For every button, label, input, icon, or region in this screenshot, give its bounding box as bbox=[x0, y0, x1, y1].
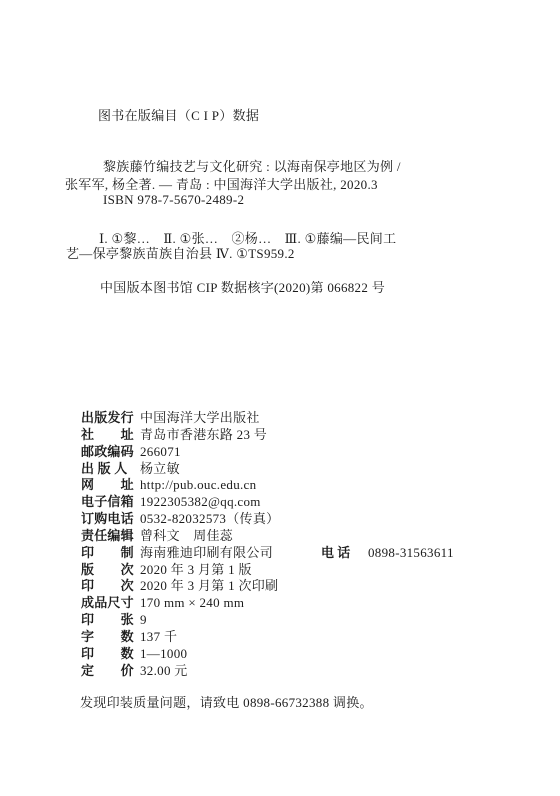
row-label: 邮政编码 bbox=[81, 444, 133, 461]
row-value: http://pub.ouc.edu.cn bbox=[140, 477, 256, 492]
row-label: 印 张 bbox=[81, 612, 133, 629]
copyright-page: 图书在版编目（C I P）数据 黎族藤竹编技艺与文化研究 : 以海南保亭地区为例… bbox=[0, 0, 560, 796]
row-label: 成品尺寸 bbox=[81, 595, 133, 612]
cip-title-line2: 张军军, 杨全著. — 青岛 : 中国海洋大学出版社, 2020.3 bbox=[65, 174, 378, 193]
colophon-row-printer: 印 制海南雅迪印刷有限公司 bbox=[81, 545, 279, 562]
colophon-row-editors: 责任编辑曾科文 周佳蕊 bbox=[81, 528, 279, 545]
row-label: 出 版 人 bbox=[81, 461, 133, 478]
row-label: 订购电话 bbox=[81, 511, 133, 528]
colophon-row-order-phone: 订购电话0532-82032573（传真） bbox=[81, 511, 279, 528]
colophon-block: 出版发行中国海洋大学出版社 社 址青岛市香港东路 23 号 邮政编码266071… bbox=[81, 410, 279, 680]
quality-notice: 发现印装质量问题，请致电 0898-66732388 调换。 bbox=[80, 692, 373, 711]
row-label: 责任编辑 bbox=[81, 528, 133, 545]
row-label: 出版发行 bbox=[81, 410, 133, 427]
colophon-row-address: 社 址青岛市香港东路 23 号 bbox=[81, 427, 279, 444]
editor-phone: 电 话0898-31563611 bbox=[308, 528, 454, 545]
colophon-row-publisher-person: 出 版 人杨立敏 bbox=[81, 461, 279, 478]
colophon-row-email: 电子信箱1922305382@qq.com bbox=[81, 494, 279, 511]
row-value: 266071 bbox=[140, 444, 181, 459]
colophon-row-word-count: 字 数137 千 bbox=[81, 629, 279, 646]
cip-header: 图书在版编目（C I P）数据 bbox=[98, 105, 259, 124]
phone-label: 电 话 bbox=[321, 545, 355, 562]
row-value: 中国海洋大学出版社 bbox=[140, 410, 260, 425]
row-value: 32.00 元 bbox=[140, 663, 188, 678]
row-value: 170 mm × 240 mm bbox=[140, 595, 244, 610]
colophon-row-edition: 版 次2020 年 3 月第 1 版 bbox=[81, 562, 279, 579]
row-label: 社 址 bbox=[81, 427, 133, 444]
row-label: 网 址 bbox=[81, 477, 133, 494]
colophon-row-impression: 印 次2020 年 3 月第 1 次印刷 bbox=[81, 578, 279, 595]
phone-value: 0898-31563611 bbox=[368, 545, 454, 560]
cip-record-number: 中国版本图书馆 CIP 数据核字(2020)第 066822 号 bbox=[100, 277, 385, 296]
row-value: 海南雅迪印刷有限公司 bbox=[140, 545, 273, 560]
cip-title-line1: 黎族藤竹编技艺与文化研究 : 以海南保亭地区为例 / bbox=[103, 156, 401, 175]
colophon-row-postcode: 邮政编码266071 bbox=[81, 444, 279, 461]
colophon-row-publisher: 出版发行中国海洋大学出版社 bbox=[81, 410, 279, 427]
row-label: 印 制 bbox=[81, 545, 133, 562]
row-value: 曾科文 周佳蕊 bbox=[140, 528, 233, 543]
row-label: 版 次 bbox=[81, 562, 133, 579]
colophon-row-price: 定 价32.00 元 bbox=[81, 663, 279, 680]
row-label: 定 价 bbox=[81, 663, 133, 680]
row-value: 9 bbox=[140, 612, 147, 627]
row-label: 印 数 bbox=[81, 646, 133, 663]
row-value: 137 千 bbox=[140, 629, 177, 644]
row-value: 2020 年 3 月第 1 次印刷 bbox=[140, 578, 278, 593]
row-value: 2020 年 3 月第 1 版 bbox=[140, 562, 252, 577]
colophon-row-website: 网 址http://pub.ouc.edu.cn bbox=[81, 477, 279, 494]
row-value: 0532-82032573（传真） bbox=[140, 511, 279, 526]
row-label: 字 数 bbox=[81, 629, 133, 646]
colophon-row-dimensions: 成品尺寸170 mm × 240 mm bbox=[81, 595, 279, 612]
colophon-row-print-run: 印 数1—1000 bbox=[81, 646, 279, 663]
row-label: 电子信箱 bbox=[81, 494, 133, 511]
cip-classification-line2: 艺—保亭黎族苗族自治县 Ⅳ. ①TS959.2 bbox=[66, 243, 295, 262]
row-value: 1922305382@qq.com bbox=[140, 494, 261, 509]
row-label: 印 次 bbox=[81, 578, 133, 595]
row-value: 青岛市香港东路 23 号 bbox=[140, 427, 267, 442]
row-value: 杨立敏 bbox=[140, 461, 180, 476]
isbn-line: ISBN 978-7-5670-2489-2 bbox=[103, 192, 244, 208]
row-value: 1—1000 bbox=[140, 646, 187, 661]
colophon-row-sheets: 印 张9 bbox=[81, 612, 279, 629]
